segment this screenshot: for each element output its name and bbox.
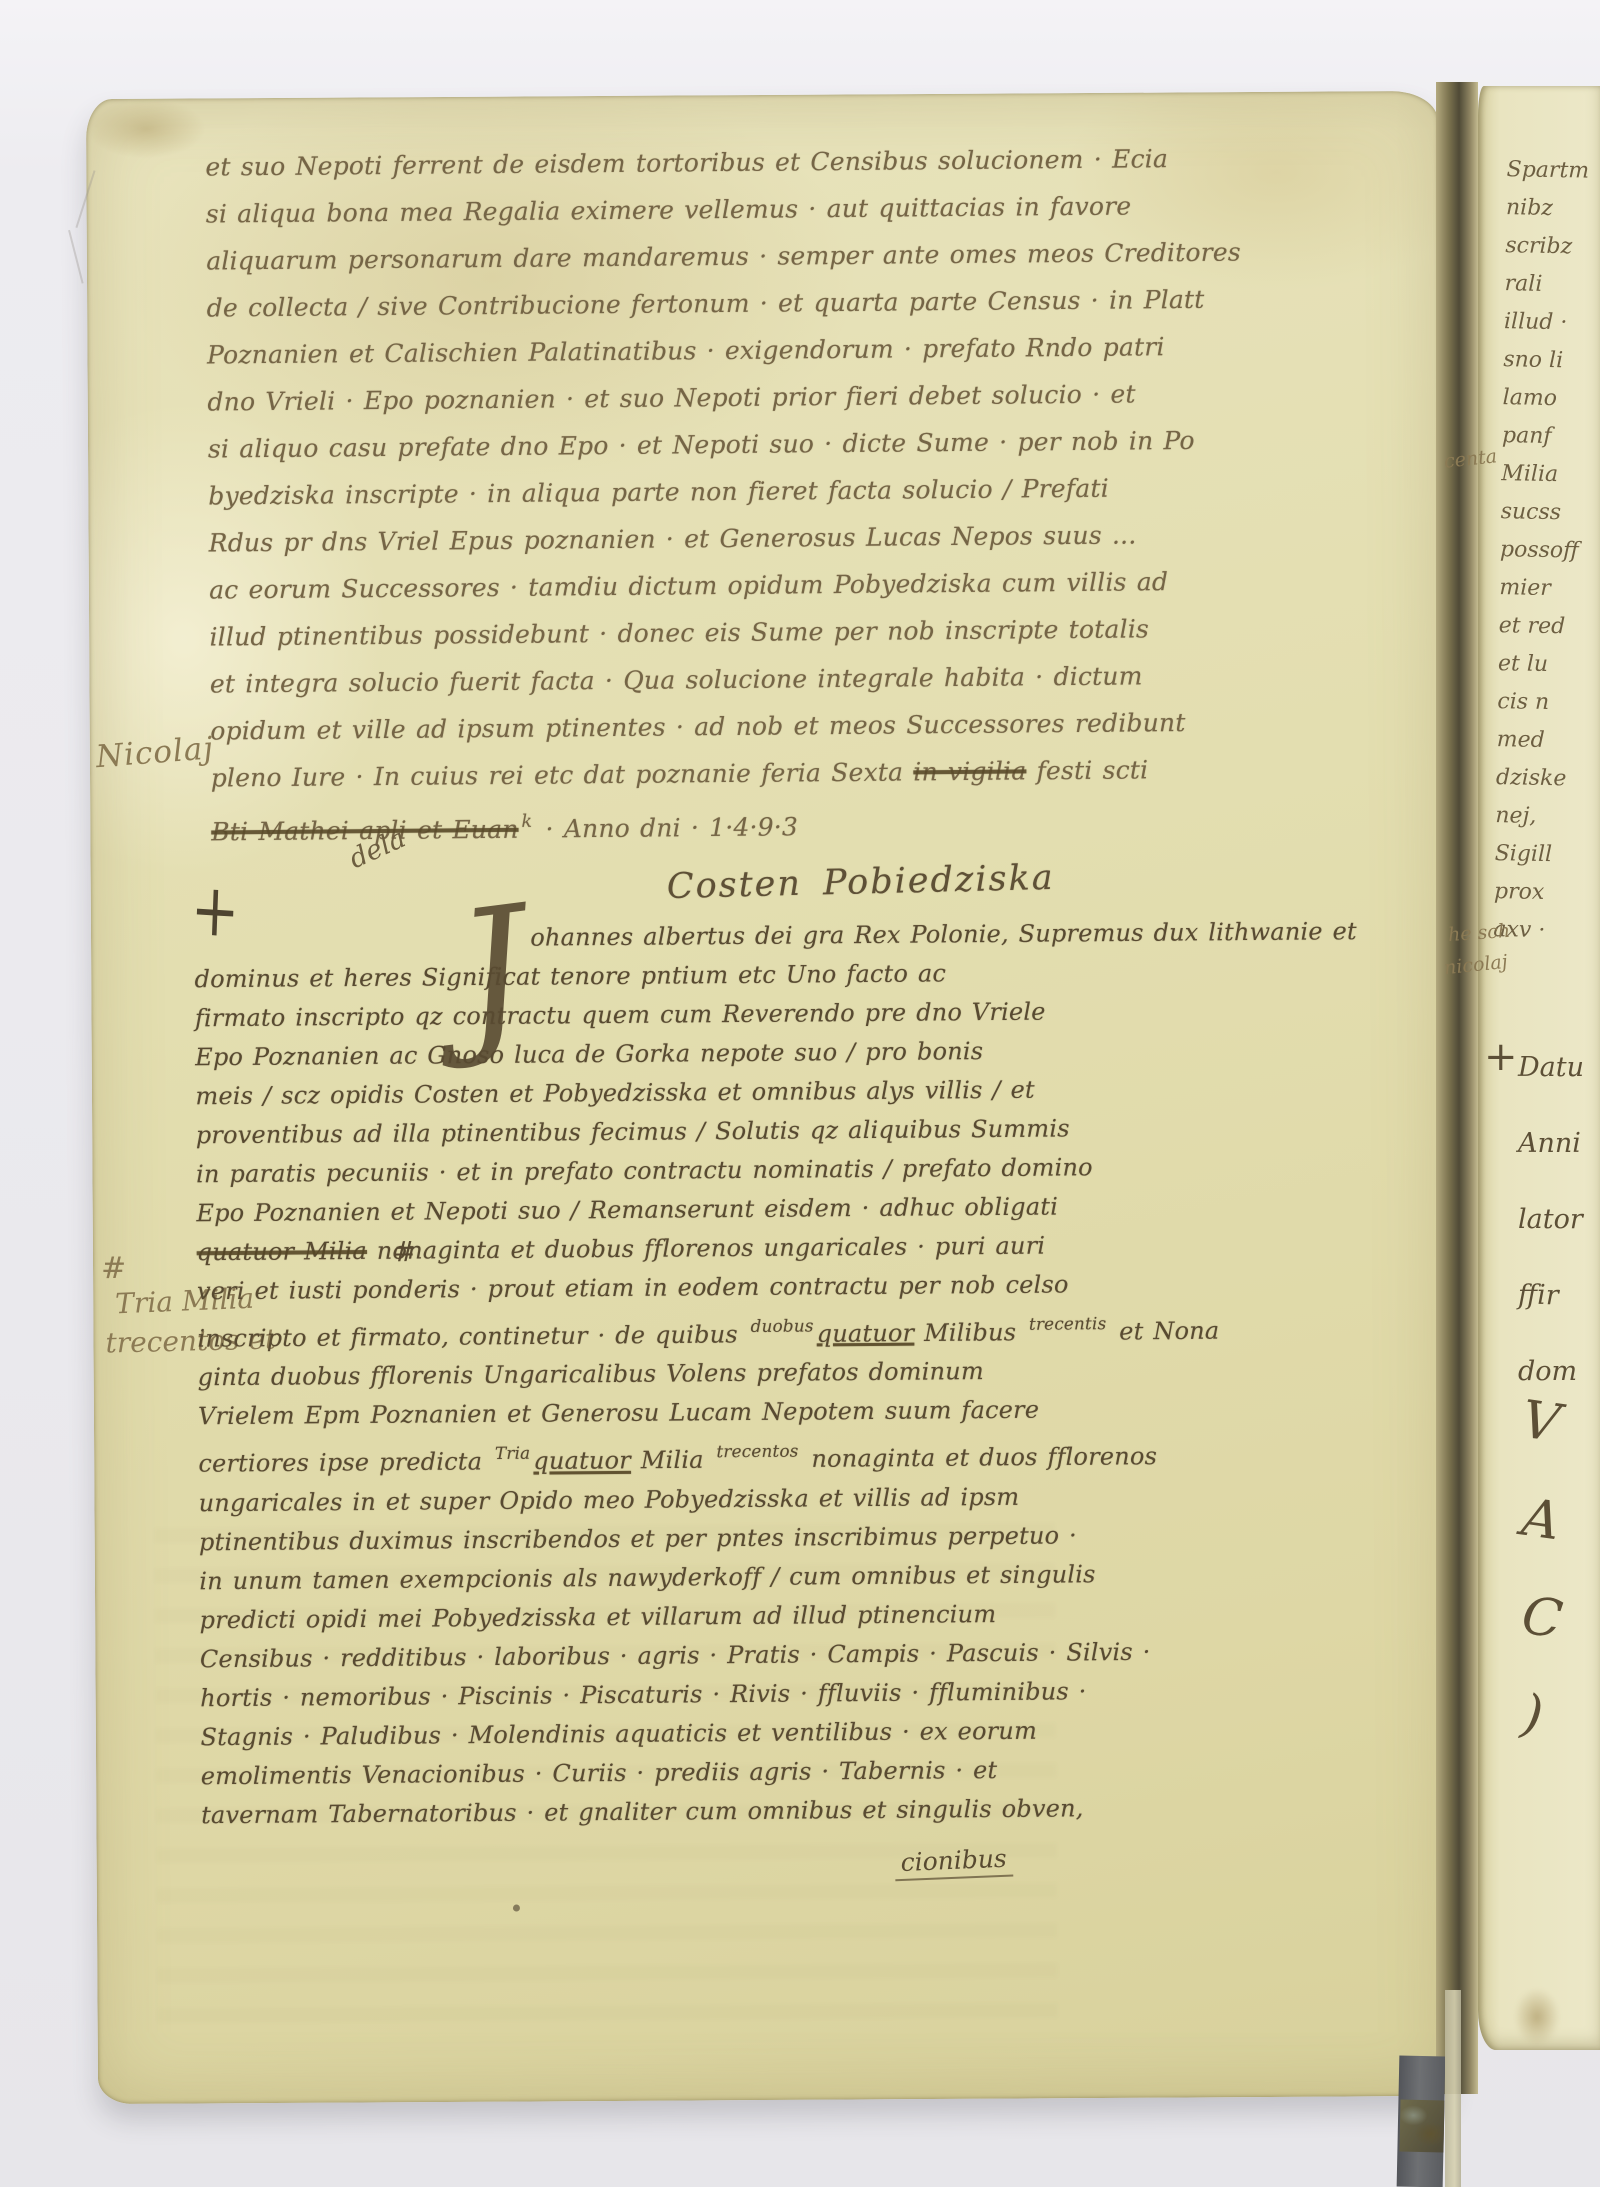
manuscript-line: opidum et ville ad ipsum ptinentes · ad … — [210, 700, 1070, 755]
manuscript-line: tavernam Tabernatoribus · et gnaliter cu… — [201, 1789, 1101, 1835]
manuscript-scan: { "document": { "type": "manuscript-code… — [0, 0, 1600, 2187]
manuscript-line: Rdus pr dns Vriel Epus poznanien · et Ge… — [209, 512, 1069, 567]
manuscript-line: emolimentis Venacionibus · Curiis · pred… — [201, 1750, 1101, 1796]
manuscript-page-left: et suo Nepoti ferrent de eisdem tortorib… — [86, 91, 1450, 2104]
paragraph-royal-inscription: ohannes albertus dei gra Rex Polonie, Su… — [194, 914, 1101, 1835]
right-page-fragment: dziske — [1496, 759, 1597, 799]
right-page-text-fragments: Spartmnibzscribzraliillud ·sno lilamopan… — [1493, 151, 1600, 951]
manuscript-line: inscripto et firmato, continetur · de qu… — [197, 1304, 1097, 1358]
right-page-large-initials: VAC) — [1522, 1376, 1600, 1768]
page-stack-edge — [1445, 1990, 1461, 2187]
right-page-large-initial: A — [1516, 1469, 1600, 1577]
right-page-large-initial: V — [1516, 1371, 1600, 1479]
right-page-fragment: Milia — [1501, 455, 1600, 495]
manuscript-line: et integra solucio fuerit facta · Qua so… — [210, 653, 1070, 708]
right-page-fragment: prox — [1494, 873, 1595, 913]
manuscript-line: dno Vrieli · Epo poznanien · et suo Nepo… — [207, 371, 1067, 426]
right-page-fragment: sno li — [1503, 341, 1600, 381]
manuscript-line: aliquarum personarum dare mandaremus · s… — [206, 230, 1066, 285]
manuscript-line: si aliqua bona mea Regalia eximere velle… — [206, 183, 1066, 238]
right-page-fragment: nibz — [1506, 189, 1600, 229]
right-page-datum-line: ffir — [1518, 1258, 1600, 1334]
stain-top — [86, 98, 206, 159]
manuscript-line: Censibus · redditibus · laboribus · agri… — [200, 1633, 1100, 1679]
right-page-fragment: cis n — [1497, 683, 1598, 723]
binding-gutter — [1436, 82, 1478, 2094]
manuscript-line: Bti Mathei apli et Euank · Anno dni · 1·… — [211, 794, 1071, 855]
manuscript-line: byedziska inscripte · in aliqua parte no… — [208, 465, 1068, 520]
right-page-fragment: illud · — [1504, 303, 1600, 343]
right-page-fragment: rali — [1504, 265, 1600, 305]
right-page-fragment: med — [1496, 721, 1597, 761]
manuscript-page-right-sliver: Spartmnibzscribzraliillud ·sno lilamopan… — [1478, 86, 1600, 2050]
manuscript-line: in unum tamen exempcionis als nawyderkof… — [199, 1555, 1099, 1601]
manuscript-line: et suo Nepoti ferrent de eisdem tortorib… — [205, 136, 1065, 191]
manuscript-line: ac eorum Successores · tamdiu dictum opi… — [209, 559, 1069, 614]
right-page-fragment: nej, — [1495, 797, 1596, 837]
right-page-fragment: et lu — [1498, 645, 1599, 685]
manuscript-line: ptinentibus duximus inscribendos et per … — [199, 1516, 1099, 1562]
right-page-datum-line: Datu — [1518, 1030, 1600, 1106]
manuscript-line: hortis · nemoribus · Piscinis · Piscatur… — [200, 1672, 1100, 1718]
manuscript-line: pleno Iure · In cuius rei etc dat poznan… — [211, 747, 1071, 802]
book-strap-clasp-tip — [1399, 2100, 1444, 2153]
right-page-fragment: sucss — [1500, 493, 1600, 533]
manuscript-line: ungaricales in et super Opido meo Pobyed… — [199, 1477, 1099, 1523]
margin-note-nicolaj: Nicolaj — [95, 730, 215, 775]
entry-heading: Costen Pobiedziska — [560, 855, 1161, 909]
right-page-fragment: et red — [1498, 607, 1599, 647]
manuscript-line: ohannes albertus dei gra Rex Polonie, Su… — [194, 914, 1094, 960]
right-page-fragment: lamo — [1502, 379, 1600, 419]
right-margin-note-centa: centa — [1443, 445, 1498, 472]
paragraph-first-entry: et suo Nepoti ferrent de eisdem tortorib… — [205, 136, 1071, 855]
manuscript-line: predicti opidi mei Pobyedzisska et villa… — [199, 1594, 1099, 1640]
right-page-large-initial: C — [1516, 1567, 1600, 1675]
manuscript-line: Poznanien et Calischien Palatinatibus · … — [207, 324, 1067, 379]
pencil-marks — [56, 159, 117, 299]
stain-right-page — [1514, 1988, 1560, 2046]
right-page-fragment: mier — [1499, 569, 1600, 609]
manuscript-line: si aliquo casu prefate dno Epo · et Nepo… — [208, 418, 1068, 473]
right-page-datum-lines: DatuAnnilatorffirdom — [1518, 1030, 1600, 1410]
right-cross-mark: + — [1484, 1034, 1518, 1080]
manuscript-line: certiores ipse predicta Triaquatuor Mili… — [198, 1430, 1098, 1484]
right-page-fragment: panf — [1502, 417, 1600, 457]
right-page-datum-line: Anni — [1518, 1106, 1600, 1182]
margin-insert-hash: # — [101, 1251, 126, 1286]
right-page-fragment: Spartm — [1506, 151, 1600, 191]
right-page-large-initial: ) — [1516, 1665, 1600, 1773]
manuscript-line: Stagnis · Paludibus · Molendinis aquatic… — [200, 1711, 1100, 1757]
catchword: cionibus — [894, 1843, 1013, 1881]
right-margin-note-hesch: he sch — [1447, 920, 1511, 946]
right-page-fragment: possoff — [1500, 531, 1600, 571]
manuscript-line: de collecta / sive Contribucione fertonu… — [206, 277, 1066, 332]
right-page-datum-line: lator — [1518, 1182, 1600, 1258]
manuscript-line: illud ptinentibus possidebunt · donec ei… — [209, 606, 1069, 661]
right-page-fragment: Sigill — [1494, 835, 1595, 875]
right-page-fragment: scribz — [1505, 227, 1600, 267]
